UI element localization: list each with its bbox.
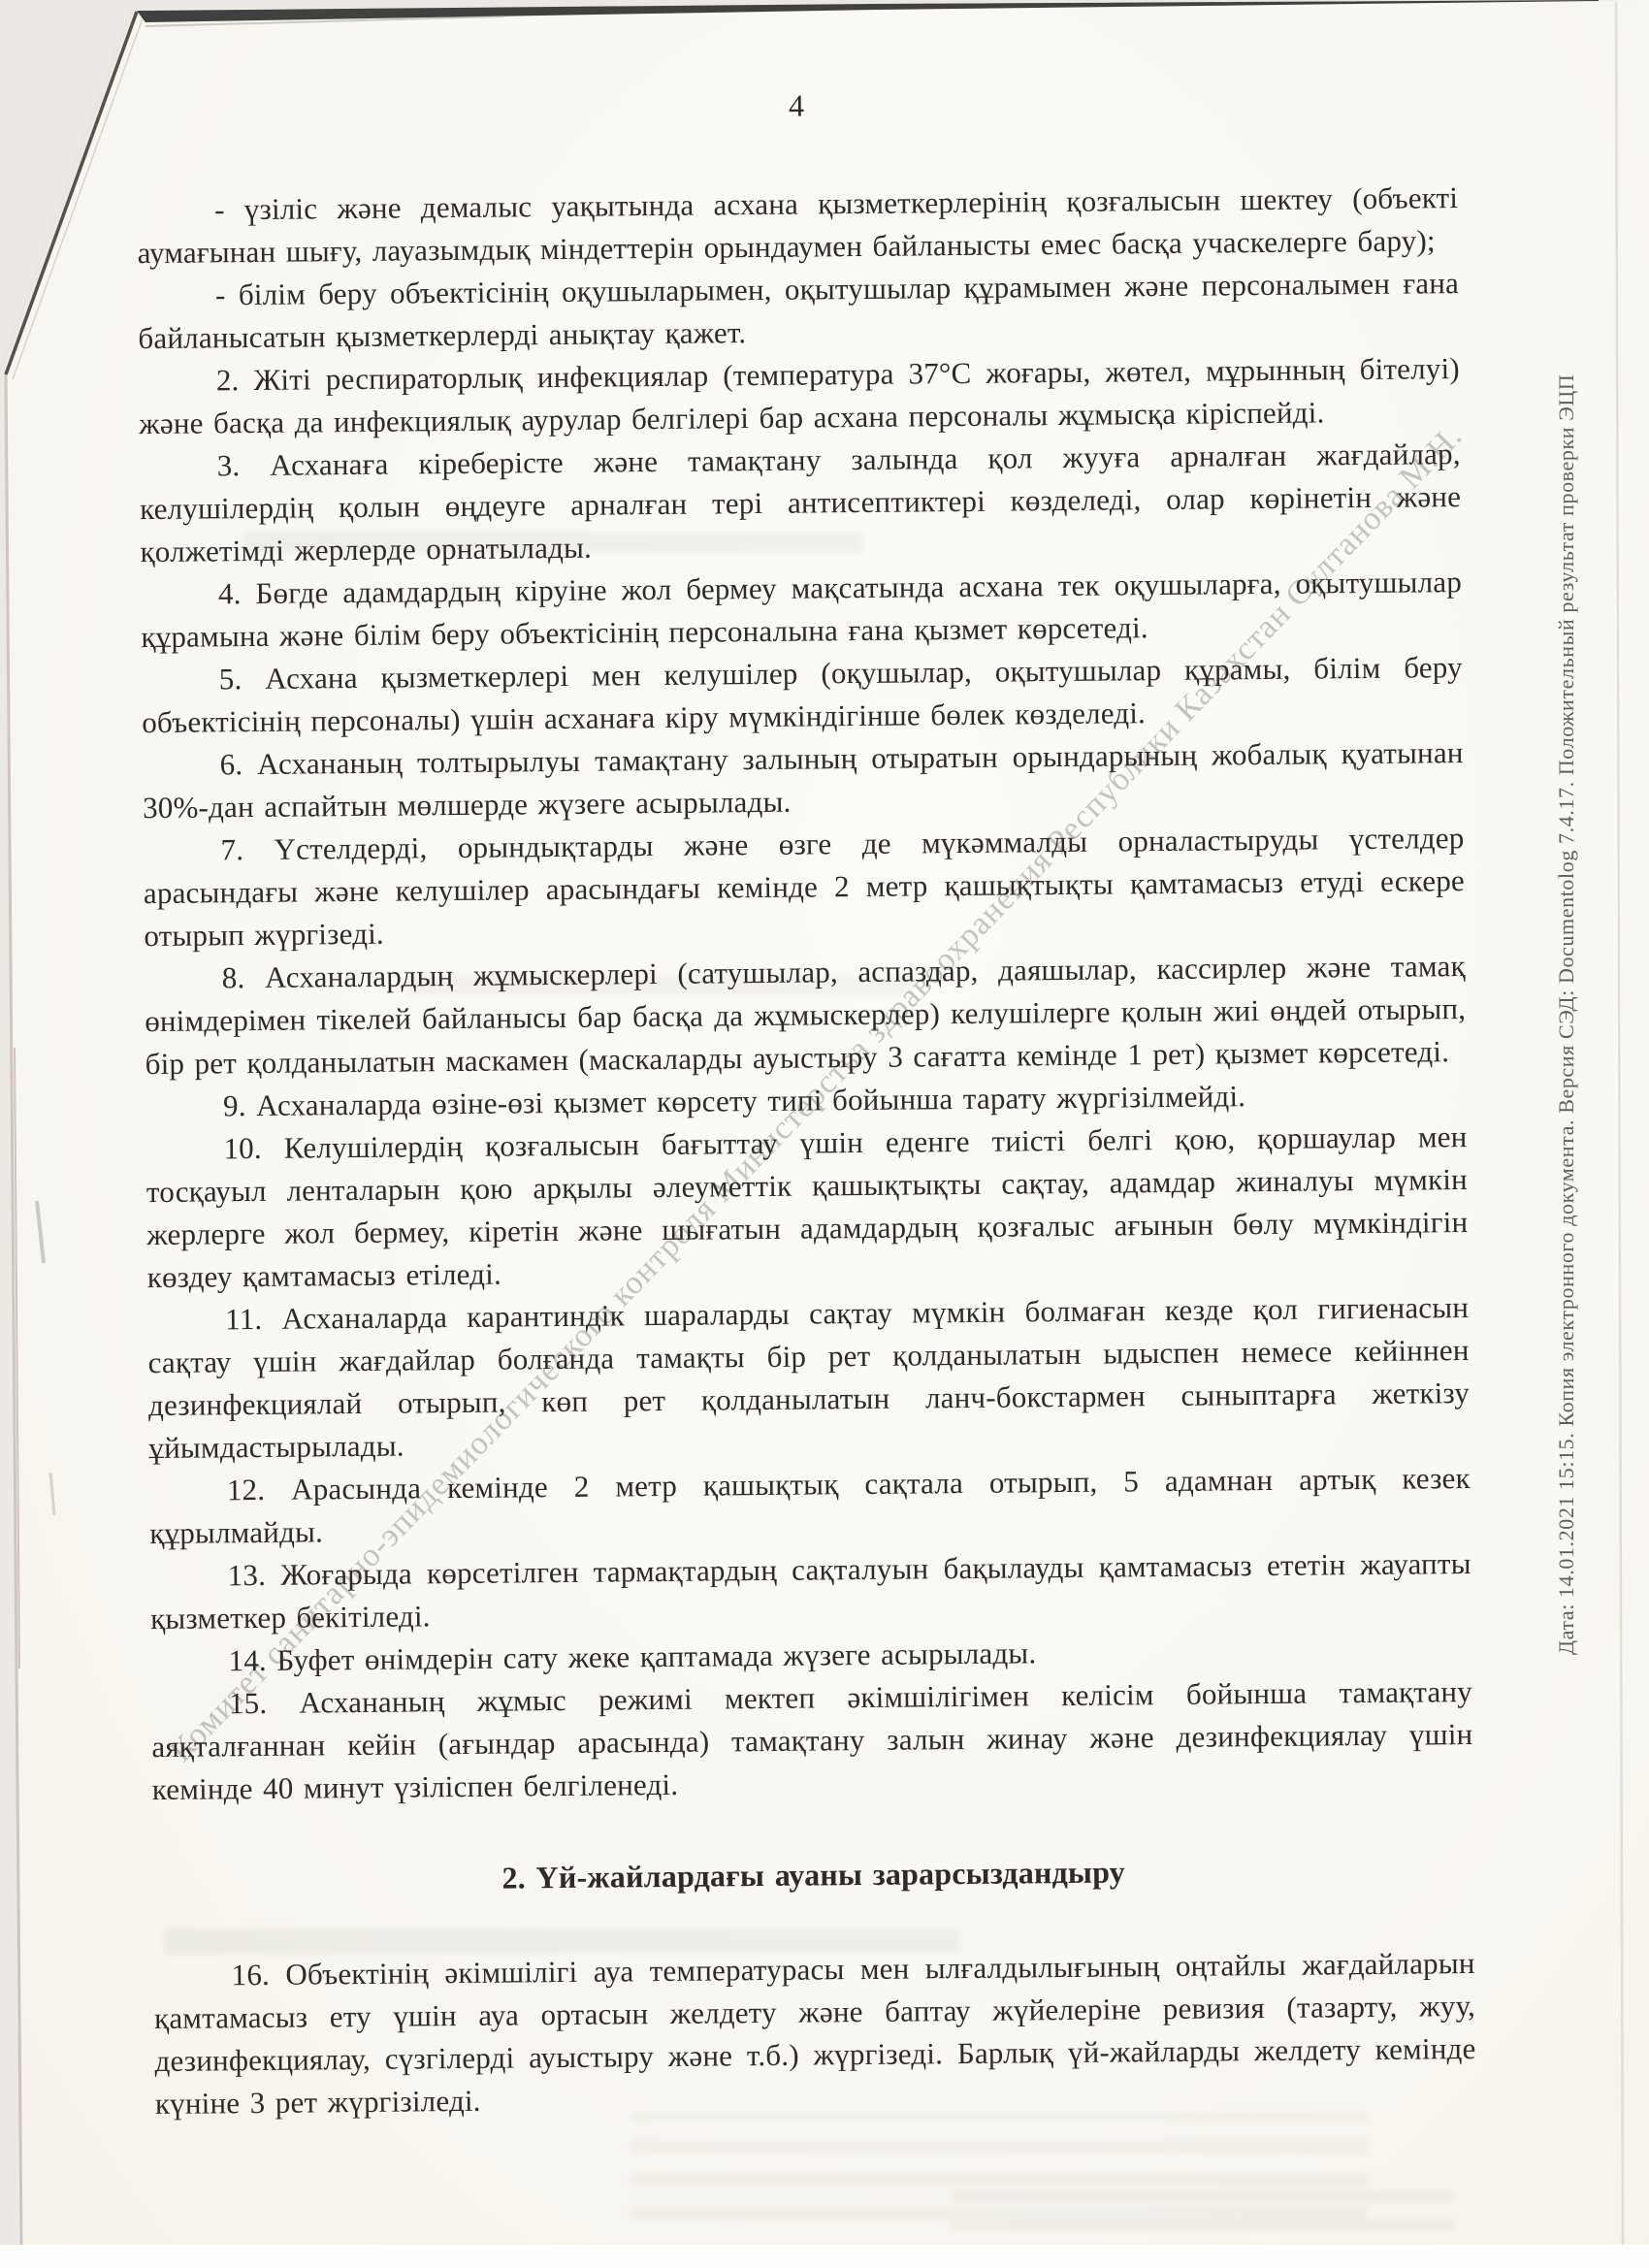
scanner-bottom-strip (0, 2245, 1649, 2268)
paragraph: 2. Жіті респираторлық инфекциялар (темпе… (139, 347, 1461, 445)
document-body: 4 - үзіліс және демалыс уақытында асхана… (136, 78, 1476, 2125)
paragraph: 13. Жоғарыда көрсетілген тармақтардың са… (150, 1542, 1472, 1640)
paragraph: 6. Асхананың толтырылуы тамақтану залыны… (142, 731, 1464, 829)
paragraph: - үзіліс және демалыс уақытында асхана қ… (137, 177, 1459, 275)
paragraph: 8. Асханалардың жұмыскерлері (сатушылар,… (145, 945, 1467, 1085)
paragraph: 15. Асхананың жұмыс режимі мектеп әкімші… (151, 1670, 1473, 1811)
paragraph: 16. Объектінің әкімшілігі ауа температур… (153, 1942, 1476, 2125)
scanned-document-page: Комитет санитарно-эпидемиологического ко… (0, 0, 1649, 2268)
paragraph: 5. Асхана қызметкерлері мен келушілер (о… (142, 646, 1464, 744)
paragraph: 4. Бөгде адамдардың кіруіне жол бермеу м… (141, 561, 1463, 659)
paragraph: 11. Асханаларда карантиндік шараларды са… (147, 1286, 1471, 1470)
esign-stamp-vertical: Дата: 14.01.2021 15:15. Копия электронно… (1554, 374, 1579, 1655)
paragraph: 12. Арасында кемінде 2 метр қашықтық сақ… (149, 1457, 1471, 1555)
section-heading: 2. Үй-жайлардағы ауаны зарарсыздандыру (153, 1847, 1474, 1902)
paragraph: - білім беру объектісінің оқушыларымен, … (138, 262, 1460, 360)
paragraph: 7. Үстелдерді, орындықтарды және өзге де… (143, 817, 1465, 957)
paragraph: 10. Келушілердің қозғалысын бағыттау үші… (145, 1116, 1469, 1299)
paragraph: 3. Асханаға кіреберісте және тамақтану з… (140, 433, 1462, 573)
